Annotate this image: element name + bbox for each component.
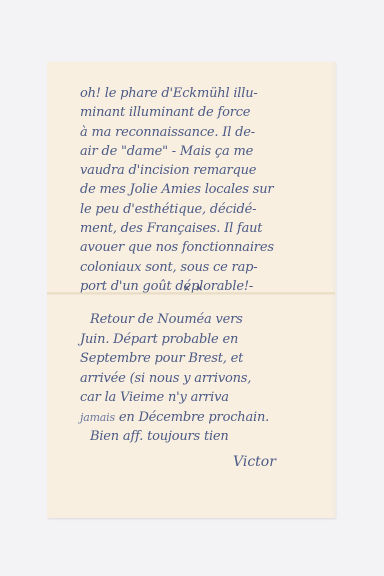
- separator-marks: × ×: [183, 284, 204, 294]
- text-line: minant illuminant de force: [80, 103, 320, 122]
- text-line: de mes Jolie Amies locales sur: [80, 180, 320, 199]
- text-line: air de "dame" - Mais ça me: [80, 142, 320, 161]
- text-line: oh! le phare d'Eckmühl illu-: [80, 84, 320, 103]
- closing-line: Bien aff. toujours tien: [80, 427, 320, 447]
- signature: Victor: [233, 454, 276, 470]
- text-line: en Décembre prochain.: [119, 410, 269, 425]
- text-line: car la Vieime n'y arriva: [80, 388, 320, 408]
- text-line: arrivée (si nous y arrivons,: [80, 369, 320, 389]
- text-line: Septembre pour Brest, et: [80, 349, 320, 369]
- text-line: avouer que nos fonctionnaires: [80, 238, 320, 257]
- text-line: Juin. Départ probable en: [80, 330, 320, 350]
- text-line: vaudra d'incision remarque: [80, 161, 320, 180]
- text-line: coloniaux sont, sous ce rap-: [80, 258, 320, 277]
- text-line: le peu d'esthétique, décidé-: [80, 200, 320, 219]
- letter-paragraph-2: Retour de Nouméa vers Juin. Départ proba…: [80, 310, 320, 447]
- text-line: Retour de Nouméa vers: [80, 310, 320, 330]
- text-line: ment, des Françaises. Il faut: [80, 219, 320, 238]
- text-line: à ma reconnaissance. Il de-: [80, 123, 320, 142]
- letter-paragraph-1: oh! le phare d'Eckmühl illu- minant illu…: [80, 84, 320, 296]
- margin-note: jamais: [80, 411, 115, 424]
- paper-edge: [333, 62, 336, 518]
